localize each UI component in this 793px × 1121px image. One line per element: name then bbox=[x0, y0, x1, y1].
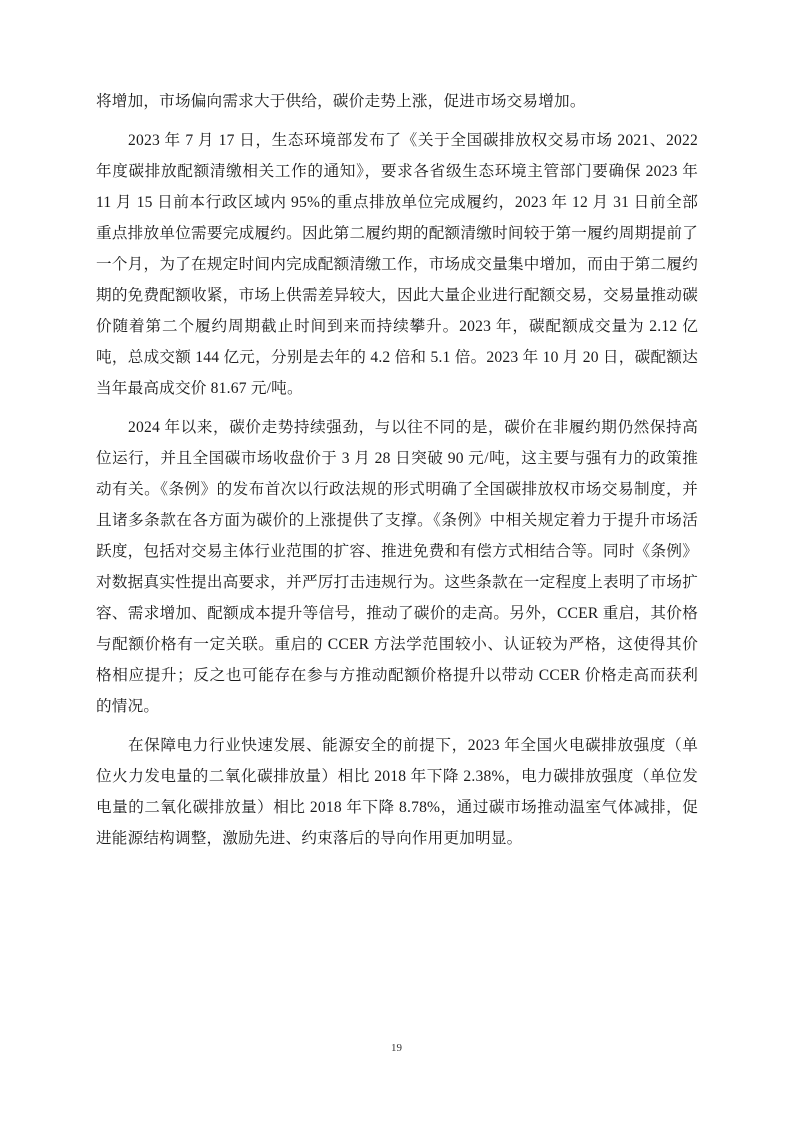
paragraph-2023-notice: 2023 年 7 月 17 日，生态环境部发布了《关于全国碳排放权交易市场 20… bbox=[96, 125, 698, 404]
document-page-body: 将增加，市场偏向需求大于供给，碳价走势上涨，促进市场交易增加。 2023 年 7… bbox=[96, 86, 698, 862]
paragraph-2024-carbon-price: 2024 年以来，碳价走势持续强劲，与以往不同的是，碳价在非履约期仍然保持高位运… bbox=[96, 412, 698, 722]
page-number: 19 bbox=[0, 1042, 793, 1054]
paragraph-market-demand: 将增加，市场偏向需求大于供给，碳价走势上涨，促进市场交易增加。 bbox=[96, 86, 698, 117]
paragraph-power-emission-intensity: 在保障电力行业快速发展、能源安全的前提下，2023 年全国火电碳排放强度（单位火… bbox=[96, 730, 698, 854]
